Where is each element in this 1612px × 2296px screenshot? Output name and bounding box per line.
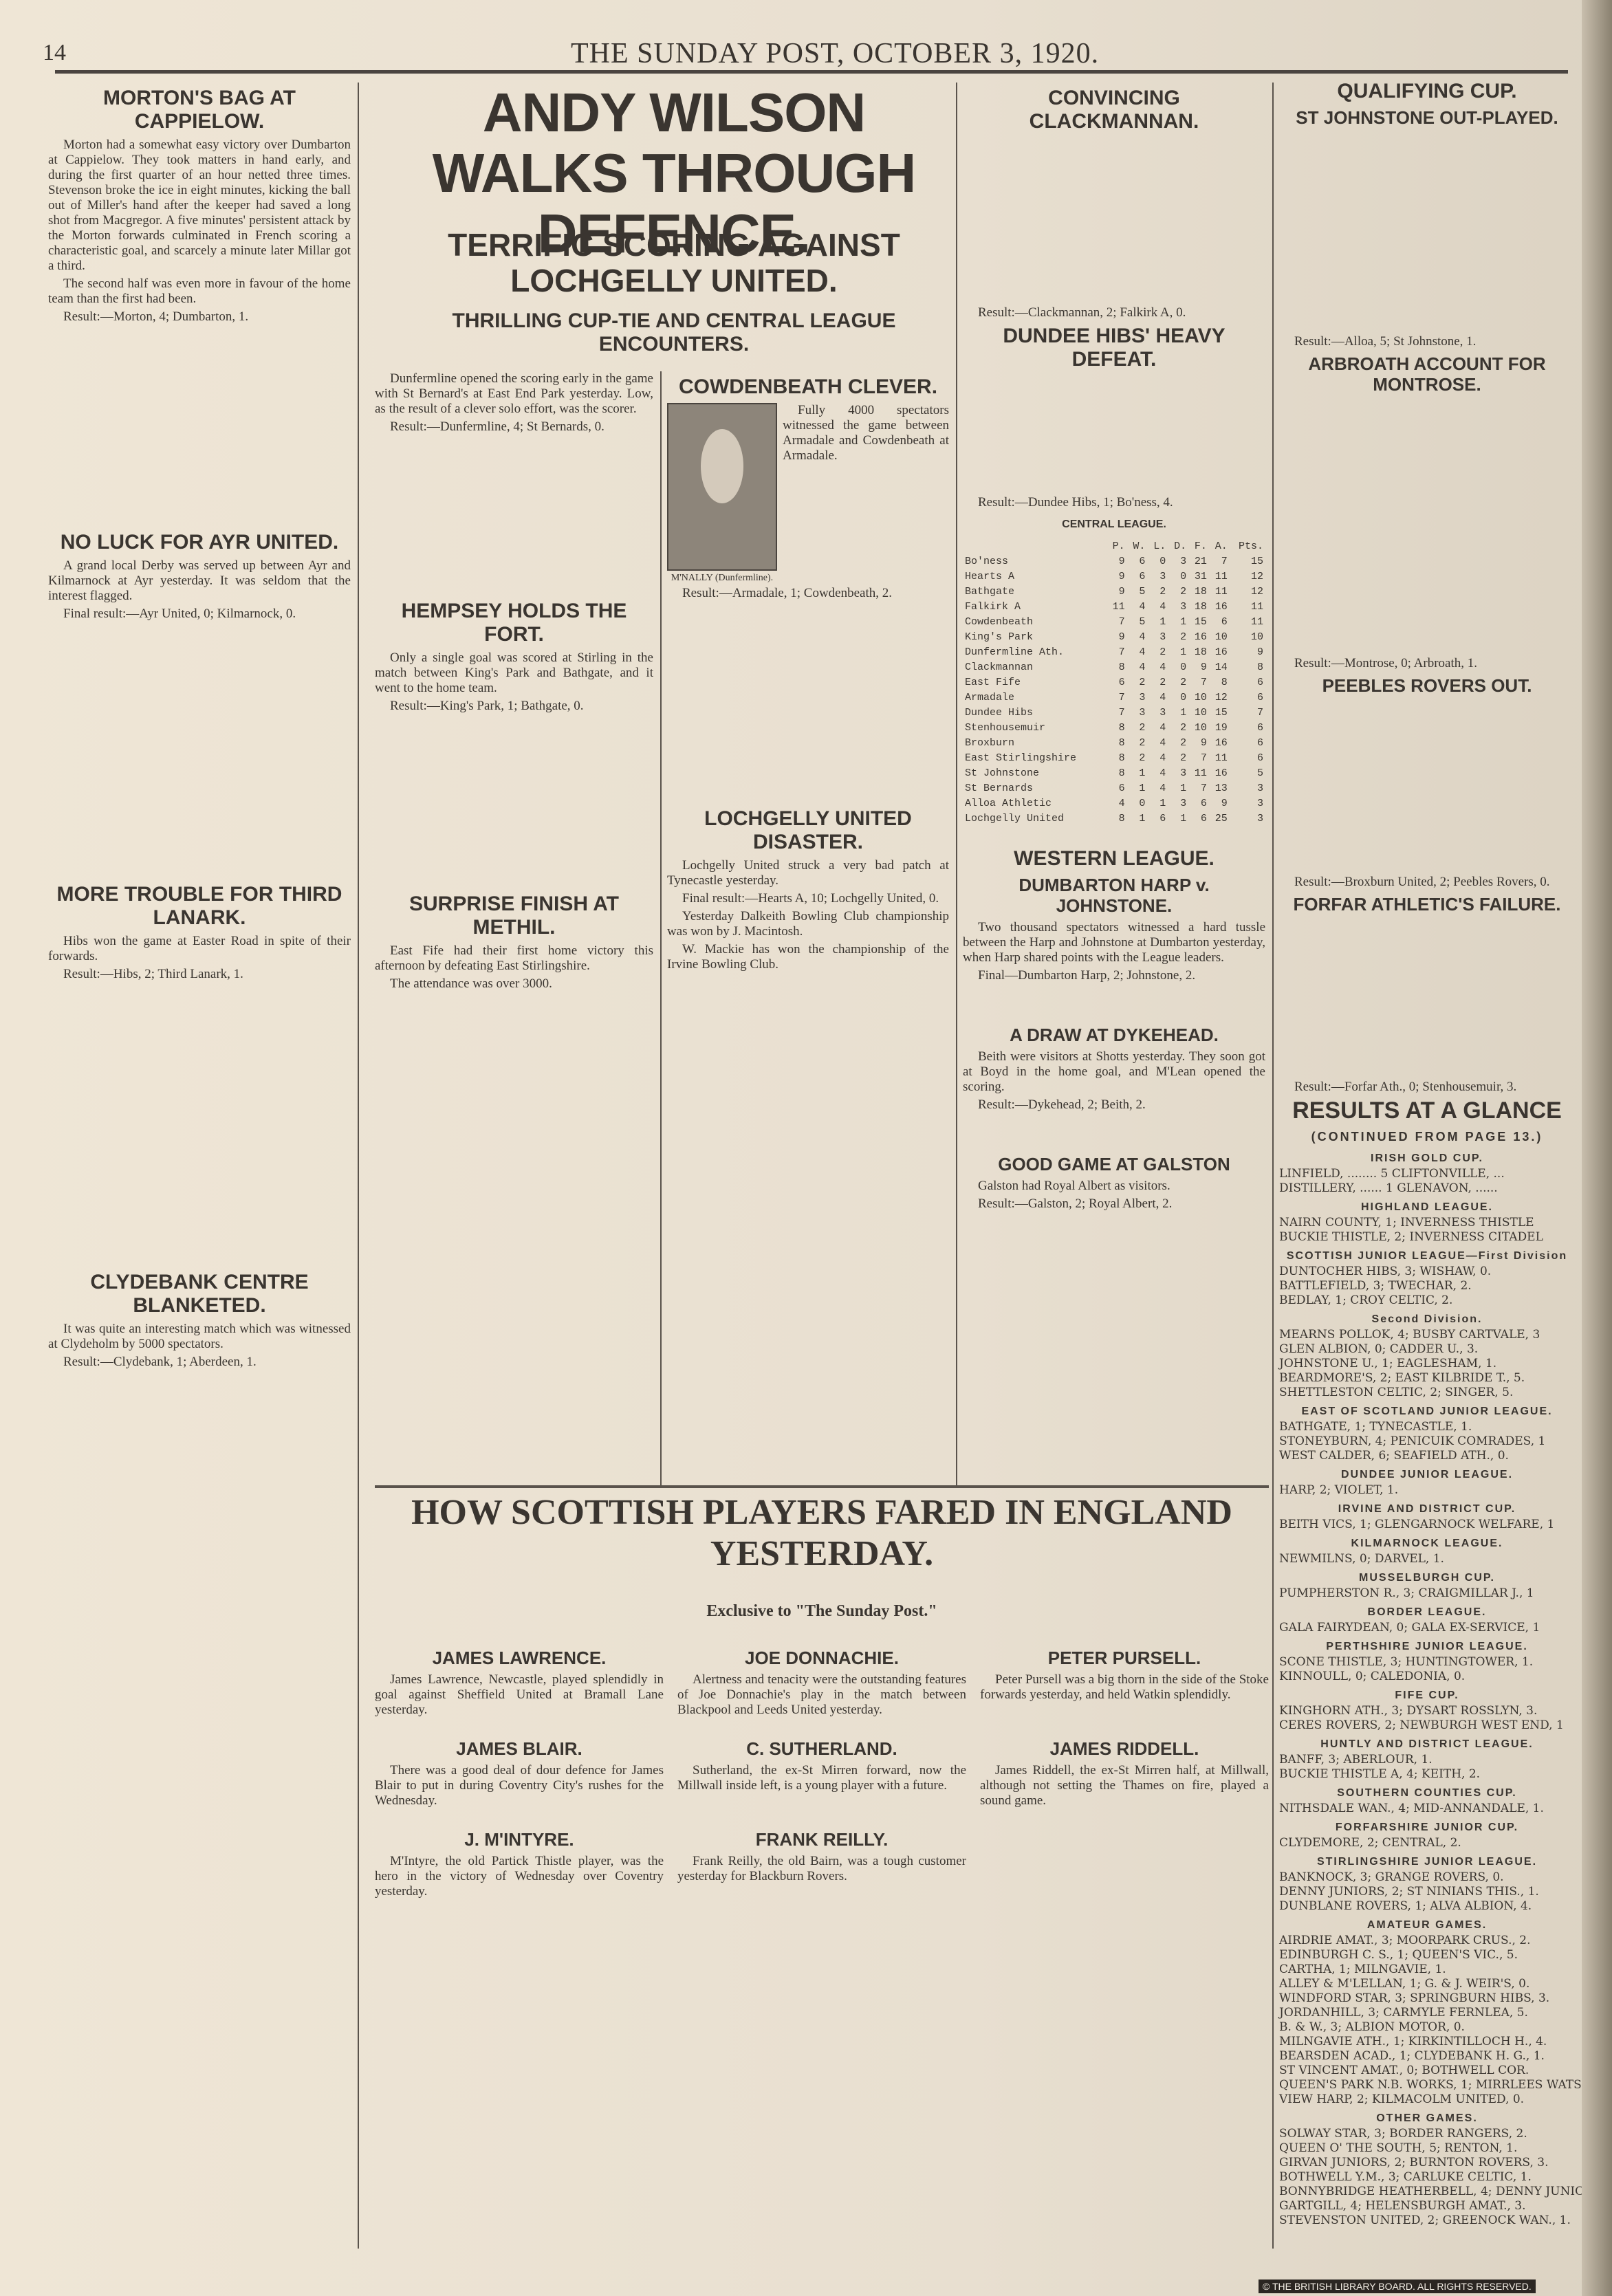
column-divider bbox=[660, 371, 662, 1485]
table-cell: 18 bbox=[1188, 584, 1209, 600]
results-section-title: BORDER LEAGUE. bbox=[1279, 1605, 1575, 1619]
table-cell: 6 bbox=[1188, 796, 1209, 811]
paragraph: A grand local Derby was served up betwee… bbox=[48, 558, 351, 604]
player-name: FRANK REILLY. bbox=[677, 1829, 966, 1850]
result-line: MILNGAVIE ATH., 1; KIRKINTILLOCH H., 4. bbox=[1279, 2035, 1575, 2049]
photo-block: M'NALLY (Dunfermline). bbox=[667, 403, 777, 586]
result-line: DISTILLERY, ...... 1 GLENAVON, ...... bbox=[1279, 1181, 1575, 1196]
table-cell: 7 bbox=[1107, 706, 1127, 721]
table-cell: 3 bbox=[1127, 706, 1148, 721]
table-cell: King's Park bbox=[963, 630, 1107, 645]
results-section-title: IRISH GOLD CUP. bbox=[1279, 1151, 1575, 1166]
table-cell: 3 bbox=[1127, 690, 1148, 706]
results-section-title: SCOTTISH JUNIOR LEAGUE—First Division bbox=[1279, 1249, 1575, 1263]
paragraph: Alertness and tenacity were the outstand… bbox=[677, 1672, 966, 1718]
table-cell: 16 bbox=[1209, 766, 1230, 781]
table-cell: 13 bbox=[1209, 781, 1230, 796]
table-cell: 11 bbox=[1209, 751, 1230, 766]
results-section-title: DUNDEE JUNIOR LEAGUE. bbox=[1279, 1467, 1575, 1482]
results-section-title: EAST OF SCOTLAND JUNIOR LEAGUE. bbox=[1279, 1404, 1575, 1419]
table-cell: 12 bbox=[1230, 584, 1265, 600]
table-cell: 19 bbox=[1209, 721, 1230, 736]
table-cell: 2 bbox=[1168, 675, 1188, 690]
result-line: CARTHA, 1; MILNGAVIE, 1. bbox=[1279, 1962, 1575, 1977]
table-cell: Armadale bbox=[963, 690, 1107, 706]
result-line: GLEN ALBION, 0; CADDER U., 3. bbox=[1279, 1342, 1575, 1357]
paragraph: M'Intyre, the old Partick Thistle player… bbox=[375, 1854, 664, 1899]
table-cell: Cowdenbeath bbox=[963, 615, 1107, 630]
table-row: Hearts A9630311112 bbox=[963, 569, 1265, 584]
table-cell: 4 bbox=[1127, 660, 1148, 675]
player-item: JAMES BLAIR.There was a good deal of dou… bbox=[375, 1734, 664, 1811]
table-cell: 6 bbox=[1230, 675, 1265, 690]
column-divider bbox=[358, 83, 359, 2249]
table-cell: 10 bbox=[1230, 630, 1265, 645]
player-name: PETER PURSELL. bbox=[980, 1648, 1269, 1668]
headline-st-johnstone: ST JOHNSTONE OUT-PLAYED. bbox=[1279, 107, 1575, 128]
player-name: JAMES RIDDELL. bbox=[980, 1738, 1269, 1759]
table-cell: 8 bbox=[1107, 811, 1127, 827]
table-cell: 18 bbox=[1188, 645, 1209, 660]
paragraph: The attendance was over 3000. bbox=[375, 976, 653, 992]
table-cell: 8 bbox=[1107, 736, 1127, 751]
results-section-title: FORFARSHIRE JUNIOR CUP. bbox=[1279, 1820, 1575, 1835]
table-cell: 10 bbox=[1188, 706, 1209, 721]
player-item: JAMES LAWRENCE.James Lawrence, Newcastle… bbox=[375, 1643, 664, 1720]
table-cell: 2 bbox=[1147, 675, 1168, 690]
table-cell: 6 bbox=[1188, 811, 1209, 827]
column-3: COWDENBEATH CLEVER. M'NALLY (Dunfermline… bbox=[667, 371, 949, 975]
result-line: JOHNSTONE U., 1; EAGLESHAM, 1. bbox=[1279, 1357, 1575, 1371]
table-cell: 3 bbox=[1230, 781, 1265, 796]
result-line: ALLEY & M'LELLAN, 1; G. & J. WEIR'S, 0. bbox=[1279, 1977, 1575, 1991]
headline-clackmannan: CONVINCING CLACKMANNAN. bbox=[963, 87, 1265, 133]
result-line: NITHSDALE WAN., 4; MID-ANNANDALE, 1. bbox=[1279, 1802, 1575, 1816]
table-cell: 10 bbox=[1188, 721, 1209, 736]
paragraph: Sutherland, the ex-St Mirren forward, no… bbox=[677, 1763, 966, 1793]
table-cell: 1 bbox=[1168, 706, 1188, 721]
table-cell: 2 bbox=[1168, 751, 1188, 766]
table-header bbox=[963, 539, 1107, 554]
result-line: NEWMILNS, 0; DARVEL, 1. bbox=[1279, 1552, 1575, 1566]
table-row: East Fife6222786 bbox=[963, 675, 1265, 690]
player-name: J. M'INTYRE. bbox=[375, 1829, 664, 1850]
table-cell: 6 bbox=[1230, 690, 1265, 706]
paragraph: There was a good deal of dour defence fo… bbox=[375, 1763, 664, 1808]
table-header: W. bbox=[1127, 539, 1148, 554]
column-2: Dunfermline opened the scoring early in … bbox=[375, 371, 653, 994]
table-cell: 16 bbox=[1209, 736, 1230, 751]
result-line: Result:—Montrose, 0; Arbroath, 1. bbox=[1279, 656, 1575, 671]
table-row: Bathgate9522181112 bbox=[963, 584, 1265, 600]
player-photo bbox=[667, 403, 777, 571]
table-cell: 2 bbox=[1127, 736, 1148, 751]
table-row: Armadale734010126 bbox=[963, 690, 1265, 706]
table-cell: 3 bbox=[1147, 569, 1168, 584]
result-line: BEARSDEN ACAD., 1; CLYDEBANK H. G., 1. bbox=[1279, 2049, 1575, 2064]
result-line: BEDLAY, 1; CROY CELTIC, 2. bbox=[1279, 1293, 1575, 1308]
table-cell: 0 bbox=[1168, 660, 1188, 675]
results-section-title: HUNTLY AND DISTRICT LEAGUE. bbox=[1279, 1737, 1575, 1751]
results-section-title: HIGHLAND LEAGUE. bbox=[1279, 1200, 1575, 1214]
player-item: JOE DONNACHIE.Alertness and tenacity wer… bbox=[677, 1643, 966, 1720]
headline-cowdenbeath: COWDENBEATH CLEVER. bbox=[667, 375, 949, 399]
result-line: BUCKIE THISTLE, 2; INVERNESS CITADEL bbox=[1279, 1230, 1575, 1245]
paragraph: James Lawrence, Newcastle, played splend… bbox=[375, 1672, 664, 1718]
table-header: Pts. bbox=[1230, 539, 1265, 554]
table-cell: 2 bbox=[1127, 751, 1148, 766]
table-cell: 3 bbox=[1168, 766, 1188, 781]
result-line: Final—Dumbarton Harp, 2; Johnstone, 2. bbox=[963, 968, 1265, 983]
result-line: KINNOULL, 0; CALEDONIA, 0. bbox=[1279, 1670, 1575, 1684]
column-divider bbox=[956, 83, 957, 1485]
table-row: King's Park9432161010 bbox=[963, 630, 1265, 645]
result-line: BANKNOCK, 3; GRANGE ROVERS, 0. bbox=[1279, 1870, 1575, 1885]
result-line: WINDFORD STAR, 3; SPRINGBURN HIBS, 3. bbox=[1279, 1991, 1575, 2006]
table-cell: 12 bbox=[1230, 569, 1265, 584]
lead-deck: THRILLING CUP-TIE AND CENTRAL LEAGUE ENC… bbox=[382, 309, 966, 356]
table-row: St Johnstone814311165 bbox=[963, 766, 1265, 781]
results-section-title: AMATEUR GAMES. bbox=[1279, 1918, 1575, 1932]
result-line: BONNYBRIDGE HEATHERBELL, 4; DENNY JUNIOR… bbox=[1279, 2185, 1575, 2199]
table-cell: 8 bbox=[1107, 766, 1127, 781]
player-name: JAMES LAWRENCE. bbox=[375, 1648, 664, 1668]
result-line: STONEYBURN, 4; PENICUIK COMRADES, 1 bbox=[1279, 1434, 1575, 1449]
paragraph: Hibs won the game at Easter Road in spit… bbox=[48, 934, 351, 964]
table-row: Dundee Hibs733110157 bbox=[963, 706, 1265, 721]
table-cell: 7 bbox=[1188, 781, 1209, 796]
column-4: CONVINCING CLACKMANNAN. Result:—Clackman… bbox=[963, 83, 1265, 1214]
table-cell: 3 bbox=[1230, 796, 1265, 811]
result-line: GARTGILL, 4; HELENSBURGH AMAT., 3. bbox=[1279, 2199, 1575, 2213]
table-cell: 3 bbox=[1147, 630, 1168, 645]
result-line: SOLWAY STAR, 3; BORDER RANGERS, 2. bbox=[1279, 2127, 1575, 2141]
result-line: BANFF, 3; ABERLOUR, 1. bbox=[1279, 1753, 1575, 1767]
table-cell: 8 bbox=[1107, 660, 1127, 675]
table-cell: 7 bbox=[1107, 645, 1127, 660]
table-cell: 4 bbox=[1127, 630, 1148, 645]
player-item: JAMES RIDDELL.James Riddell, the ex-St M… bbox=[980, 1734, 1269, 1811]
table-cell: 6 bbox=[1209, 615, 1230, 630]
results-section-title: OTHER GAMES. bbox=[1279, 2111, 1575, 2125]
result-line: MEARNS POLLOK, 4; BUSBY CARTVALE, 3 bbox=[1279, 1328, 1575, 1342]
result-line: GALA FAIRYDEAN, 0; GALA EX-SERVICE, 1 bbox=[1279, 1621, 1575, 1635]
section-rule bbox=[375, 1485, 1269, 1488]
result-line: Result:—Galston, 2; Royal Albert, 2. bbox=[963, 1196, 1265, 1212]
table-cell: 6 bbox=[1230, 751, 1265, 766]
table-cell: 3 bbox=[1168, 554, 1188, 569]
table-cell: 4 bbox=[1147, 600, 1168, 615]
paragraph: James Riddell, the ex-St Mirren half, at… bbox=[980, 1763, 1269, 1808]
table-cell: 4 bbox=[1147, 766, 1168, 781]
result-line: DENNY JUNIORS, 2; ST NINIANS THIS., 1. bbox=[1279, 1885, 1575, 1899]
column-divider bbox=[1272, 83, 1274, 2249]
table-cell: 7 bbox=[1209, 554, 1230, 569]
table-cell: 15 bbox=[1230, 554, 1265, 569]
table-cell: 11 bbox=[1230, 615, 1265, 630]
table-cell: Dunfermline Ath. bbox=[963, 645, 1107, 660]
headline-clydebank: CLYDEBANK CENTRE BLANKETED. bbox=[48, 1271, 351, 1318]
table-cell: 4 bbox=[1147, 721, 1168, 736]
table-cell: 11 bbox=[1188, 766, 1209, 781]
table-cell: Stenhousemuir bbox=[963, 721, 1107, 736]
results-section-title: MUSSELBURGH CUP. bbox=[1279, 1571, 1575, 1585]
table-cell: 11 bbox=[1107, 600, 1127, 615]
paragraph: It was quite an interesting match which … bbox=[48, 1322, 351, 1352]
result-line: Result:—Clackmannan, 2; Falkirk A, 0. bbox=[963, 305, 1265, 320]
result-line: STEVENSTON UNITED, 2; GREENOCK WAN., 1. bbox=[1279, 2213, 1575, 2228]
result-line: Result:—Broxburn United, 2; Peebles Rove… bbox=[1279, 875, 1575, 890]
result-line: BEITH VICS, 1; GLENGARNOCK WELFARE, 1 bbox=[1279, 1518, 1575, 1532]
headline-morton: MORTON'S BAG AT CAPPIELOW. bbox=[48, 87, 351, 133]
table-row: Broxburn82429166 bbox=[963, 736, 1265, 751]
table-cell: Hearts A bbox=[963, 569, 1107, 584]
table-cell: 7 bbox=[1230, 706, 1265, 721]
table-cell: 6 bbox=[1127, 569, 1148, 584]
table-row: St Bernards61417133 bbox=[963, 781, 1265, 796]
table-cell: 16 bbox=[1209, 645, 1230, 660]
table-cell: 4 bbox=[1147, 781, 1168, 796]
table-cell: 9 bbox=[1188, 736, 1209, 751]
result-line: AIRDRIE AMAT., 3; MOORPARK CRUS., 2. bbox=[1279, 1934, 1575, 1948]
result-line: Result:—Dunfermline, 4; St Bernards, 0. bbox=[375, 419, 653, 435]
headline-arbroath: ARBROATH ACCOUNT FOR MONTROSE. bbox=[1279, 353, 1575, 395]
table-cell: 12 bbox=[1209, 690, 1230, 706]
feature-headline: HOW SCOTTISH PLAYERS FARED IN ENGLAND YE… bbox=[375, 1492, 1269, 1575]
table-cell: 7 bbox=[1107, 690, 1127, 706]
table-cell: 7 bbox=[1188, 751, 1209, 766]
result-line: DUNBLANE ROVERS, 1; ALVA ALBION, 4. bbox=[1279, 1899, 1575, 1914]
table-cell: 10 bbox=[1209, 630, 1230, 645]
result-line: DUNTOCHER HIBS, 3; WISHAW, 0. bbox=[1279, 1265, 1575, 1279]
copyright-notice: © THE BRITISH LIBRARY BOARD. ALL RIGHTS … bbox=[1259, 2279, 1536, 2293]
result-line: Final result:—Ayr United, 0; Kilmarnock,… bbox=[48, 606, 351, 622]
column-5: QUALIFYING CUP. ST JOHNSTONE OUT-PLAYED.… bbox=[1279, 76, 1575, 2228]
results-section-title: FIFE CUP. bbox=[1279, 1688, 1575, 1703]
result-line: Result:—Dundee Hibs, 1; Bo'ness, 4. bbox=[963, 495, 1265, 510]
table-cell: 3 bbox=[1230, 811, 1265, 827]
table-cell: 16 bbox=[1188, 630, 1209, 645]
table-cell: 11 bbox=[1230, 600, 1265, 615]
headline-galston: GOOD GAME AT GALSTON bbox=[963, 1154, 1265, 1174]
result-line: BATTLEFIELD, 3; TWECHAR, 2. bbox=[1279, 1279, 1575, 1293]
table-cell: 1 bbox=[1127, 811, 1148, 827]
result-line: Result:—Dykehead, 2; Beith, 2. bbox=[963, 1097, 1265, 1113]
result-line: WEST CALDER, 6; SEAFIELD ATH., 0. bbox=[1279, 1449, 1575, 1463]
paragraph: Yesterday Dalkeith Bowling Club champion… bbox=[667, 909, 949, 939]
result-line: EDINBURGH C. S., 1; QUEEN'S VIC., 5. bbox=[1279, 1948, 1575, 1962]
table-row: Clackmannan84409148 bbox=[963, 660, 1265, 675]
table-header: A. bbox=[1209, 539, 1230, 554]
table-cell: 11 bbox=[1209, 569, 1230, 584]
table-cell: 25 bbox=[1209, 811, 1230, 827]
result-line: LINFIELD, ........ 5 CLIFTONVILLE, ... bbox=[1279, 1167, 1575, 1181]
table-cell: 1 bbox=[1127, 781, 1148, 796]
table-cell: 3 bbox=[1168, 796, 1188, 811]
result-line: Result:—Clydebank, 1; Aberdeen, 1. bbox=[48, 1355, 351, 1370]
player-name: JAMES BLAIR. bbox=[375, 1738, 664, 1759]
table-cell: 1 bbox=[1168, 615, 1188, 630]
column-1: MORTON'S BAG AT CAPPIELOW. Morton had a … bbox=[48, 83, 351, 1373]
table-cell: 14 bbox=[1209, 660, 1230, 675]
headline-qualifying-cup: QUALIFYING CUP. bbox=[1279, 80, 1575, 103]
table-row: Dunfermline Ath.742118169 bbox=[963, 645, 1265, 660]
paragraph: Only a single goal was scored at Stirlin… bbox=[375, 650, 653, 696]
table-cell: Falkirk A bbox=[963, 600, 1107, 615]
table-cell: 11 bbox=[1209, 584, 1230, 600]
table-cell: 15 bbox=[1188, 615, 1209, 630]
player-name: JOE DONNACHIE. bbox=[677, 1648, 966, 1668]
paragraph: Dunfermline opened the scoring early in … bbox=[375, 371, 653, 417]
table-cell: 8 bbox=[1107, 721, 1127, 736]
table-cell: 3 bbox=[1168, 600, 1188, 615]
table-row: Alloa Athletic4013693 bbox=[963, 796, 1265, 811]
lead-subhead: TERRIFIC SCORING AGAINST LOCHGELLY UNITE… bbox=[382, 227, 966, 298]
results-subtitle: (CONTINUED FROM PAGE 13.) bbox=[1279, 1126, 1575, 1147]
result-line: KINGHORN ATH., 3; DYSART ROSSLYN, 3. bbox=[1279, 1704, 1575, 1718]
table-header: L. bbox=[1147, 539, 1168, 554]
table-cell: 9 bbox=[1107, 584, 1127, 600]
table-cell: 4 bbox=[1127, 600, 1148, 615]
result-line: ST VINCENT AMAT., 0; BOTHWELL COR. bbox=[1279, 2064, 1575, 2078]
table-cell: 6 bbox=[1230, 721, 1265, 736]
player-item: FRANK REILLY.Frank Reilly, the old Bairn… bbox=[677, 1825, 966, 1902]
headline-peebles: PEEBLES ROVERS OUT. bbox=[1279, 675, 1575, 696]
table-cell: 5 bbox=[1127, 584, 1148, 600]
paragraph: Frank Reilly, the old Bairn, was a tough… bbox=[677, 1854, 966, 1884]
results-list: IRISH GOLD CUP.LINFIELD, ........ 5 CLIF… bbox=[1279, 1151, 1575, 2228]
table-cell: 18 bbox=[1188, 600, 1209, 615]
results-title: RESULTS AT A GLANCE bbox=[1279, 1099, 1575, 1122]
table-cell: 6 bbox=[1107, 675, 1127, 690]
result-line: Final result:—Hearts A, 10; Lochgelly Un… bbox=[667, 891, 949, 906]
result-line: BEARDMORE'S, 2; EAST KILBRIDE T., 5. bbox=[1279, 1371, 1575, 1386]
table-cell: 6 bbox=[1147, 811, 1168, 827]
table-cell: Alloa Athletic bbox=[963, 796, 1107, 811]
table-cell: 1 bbox=[1147, 615, 1168, 630]
table-cell: 9 bbox=[1230, 645, 1265, 660]
page-number: 14 bbox=[43, 40, 66, 66]
results-section-title: SOUTHERN COUNTIES CUP. bbox=[1279, 1786, 1575, 1800]
table-header: F. bbox=[1188, 539, 1209, 554]
result-line: BUCKIE THISTLE A, 4; KEITH, 2. bbox=[1279, 1767, 1575, 1782]
table-cell: 15 bbox=[1209, 706, 1230, 721]
table-cell: 1 bbox=[1127, 766, 1148, 781]
result-line: B. & W., 3; ALBION MOTOR, 0. bbox=[1279, 2020, 1575, 2035]
table-cell: East Stirlingshire bbox=[963, 751, 1107, 766]
paragraph: The second half was even more in favour … bbox=[48, 276, 351, 307]
table-cell: 7 bbox=[1107, 615, 1127, 630]
table-cell: Bo'ness bbox=[963, 554, 1107, 569]
table-cell: 2 bbox=[1147, 645, 1168, 660]
table-cell: 7 bbox=[1188, 675, 1209, 690]
headline-ayr: NO LUCK FOR AYR UNITED. bbox=[48, 531, 351, 554]
table-cell: Broxburn bbox=[963, 736, 1107, 751]
result-line: QUEEN'S PARK N.B. WORKS, 1; MIRRLEES WAT… bbox=[1279, 2078, 1575, 2092]
table-row: Bo'ness960321715 bbox=[963, 554, 1265, 569]
table-row: East Stirlingshire82427116 bbox=[963, 751, 1265, 766]
table-cell: 4 bbox=[1147, 660, 1168, 675]
result-line: QUEEN O' THE SOUTH, 5; RENTON, 1. bbox=[1279, 2141, 1575, 2156]
player-name: C. SUTHERLAND. bbox=[677, 1738, 966, 1759]
table-cell: 0 bbox=[1168, 690, 1188, 706]
headline-dumbarton-harp: DUMBARTON HARP v. JOHNSTONE. bbox=[963, 875, 1265, 916]
table-cell: 1 bbox=[1168, 811, 1188, 827]
table-cell: 4 bbox=[1107, 796, 1127, 811]
result-line: SHETTLESTON CELTIC, 2; SINGER, 5. bbox=[1279, 1386, 1575, 1400]
table-cell: 8 bbox=[1209, 675, 1230, 690]
result-line: Result:—Hibs, 2; Third Lanark, 1. bbox=[48, 967, 351, 982]
table-cell: East Fife bbox=[963, 675, 1107, 690]
table-cell: 0 bbox=[1168, 569, 1188, 584]
table-cell: 8 bbox=[1107, 751, 1127, 766]
result-line: NAIRN COUNTY, 1; INVERNESS THISTLE bbox=[1279, 1216, 1575, 1230]
table-cell: 9 bbox=[1107, 569, 1127, 584]
table-cell: 4 bbox=[1147, 736, 1168, 751]
masthead-title: THE SUNDAY POST, OCTOBER 3, 1920. bbox=[571, 37, 1099, 70]
page-gutter bbox=[1582, 0, 1612, 2296]
table-cell: 2 bbox=[1168, 584, 1188, 600]
table-cell: 6 bbox=[1230, 736, 1265, 751]
result-line: Result:—Morton, 4; Dumbarton, 1. bbox=[48, 309, 351, 325]
table-cell: 3 bbox=[1147, 706, 1168, 721]
paragraph: Two thousand spectators witnessed a hard… bbox=[963, 920, 1265, 965]
headline-lochgelly: LOCHGELLY UNITED DISASTER. bbox=[667, 807, 949, 854]
table-cell: Clackmannan bbox=[963, 660, 1107, 675]
paragraph: Peter Pursell was a big thorn in the sid… bbox=[980, 1672, 1269, 1703]
table-cell: 0 bbox=[1127, 796, 1148, 811]
player-item: PETER PURSELL.Peter Pursell was a big th… bbox=[980, 1643, 1269, 1720]
results-section-title: Second Division. bbox=[1279, 1312, 1575, 1326]
result-line: PUMPHERSTON R., 3; CRAIGMILLAR J., 1 bbox=[1279, 1586, 1575, 1601]
result-line: SCONE THISTLE, 3; HUNTINGTOWER, 1. bbox=[1279, 1655, 1575, 1670]
headline-dundee-hibs: DUNDEE HIBS' HEAVY DEFEAT. bbox=[963, 325, 1265, 371]
table-cell: 8 bbox=[1230, 660, 1265, 675]
results-section-title: STIRLINGSHIRE JUNIOR LEAGUE. bbox=[1279, 1855, 1575, 1869]
table-cell: 9 bbox=[1188, 660, 1209, 675]
newspaper-page: 14 THE SUNDAY POST, OCTOBER 3, 1920. MOR… bbox=[0, 0, 1612, 2296]
table-cell: 16 bbox=[1209, 600, 1230, 615]
result-line: Result:—Forfar Ath., 0; Stenhousemuir, 3… bbox=[1279, 1080, 1575, 1095]
result-line: CLYDEMORE, 2; CENTRAL, 2. bbox=[1279, 1836, 1575, 1850]
paragraph: East Fife had their first home victory t… bbox=[375, 943, 653, 974]
table-cell: 4 bbox=[1147, 690, 1168, 706]
table-cell: 0 bbox=[1147, 554, 1168, 569]
table-cell: 2 bbox=[1127, 721, 1148, 736]
table-cell: 31 bbox=[1188, 569, 1209, 584]
result-line: BATHGATE, 1; TYNECASTLE, 1. bbox=[1279, 1420, 1575, 1434]
result-line: Result:—Armadale, 1; Cowdenbeath, 2. bbox=[667, 586, 949, 601]
table-cell: 2 bbox=[1147, 584, 1168, 600]
top-rule bbox=[55, 70, 1568, 74]
paragraph: W. Mackie has won the championship of th… bbox=[667, 942, 949, 972]
result-line: HARP, 2; VIOLET, 1. bbox=[1279, 1483, 1575, 1498]
table-cell: 4 bbox=[1127, 645, 1148, 660]
table-cell: 9 bbox=[1107, 630, 1127, 645]
result-line: VIEW HARP, 2; KILMACOLM UNITED, 0. bbox=[1279, 2092, 1575, 2107]
paragraph: Fully 4000 spectators witnessed the game… bbox=[783, 403, 949, 463]
section-western-league: WESTERN LEAGUE. bbox=[963, 847, 1265, 871]
photo-caption: M'NALLY (Dunfermline). bbox=[667, 571, 777, 586]
table-cell: 1 bbox=[1168, 781, 1188, 796]
table-cell: Lochgelly United bbox=[963, 811, 1107, 827]
players-grid: JAMES LAWRENCE.James Lawrence, Newcastle… bbox=[375, 1643, 1269, 1902]
result-line: BOTHWELL Y.M., 3; CARLUKE CELTIC, 1. bbox=[1279, 2170, 1575, 2185]
table-cell: 10 bbox=[1188, 690, 1209, 706]
headline-hempsey: HEMPSEY HOLDS THE FORT. bbox=[375, 600, 653, 646]
table-row: Stenhousemuir824210196 bbox=[963, 721, 1265, 736]
player-item: C. SUTHERLAND.Sutherland, the ex-St Mirr… bbox=[677, 1734, 966, 1811]
